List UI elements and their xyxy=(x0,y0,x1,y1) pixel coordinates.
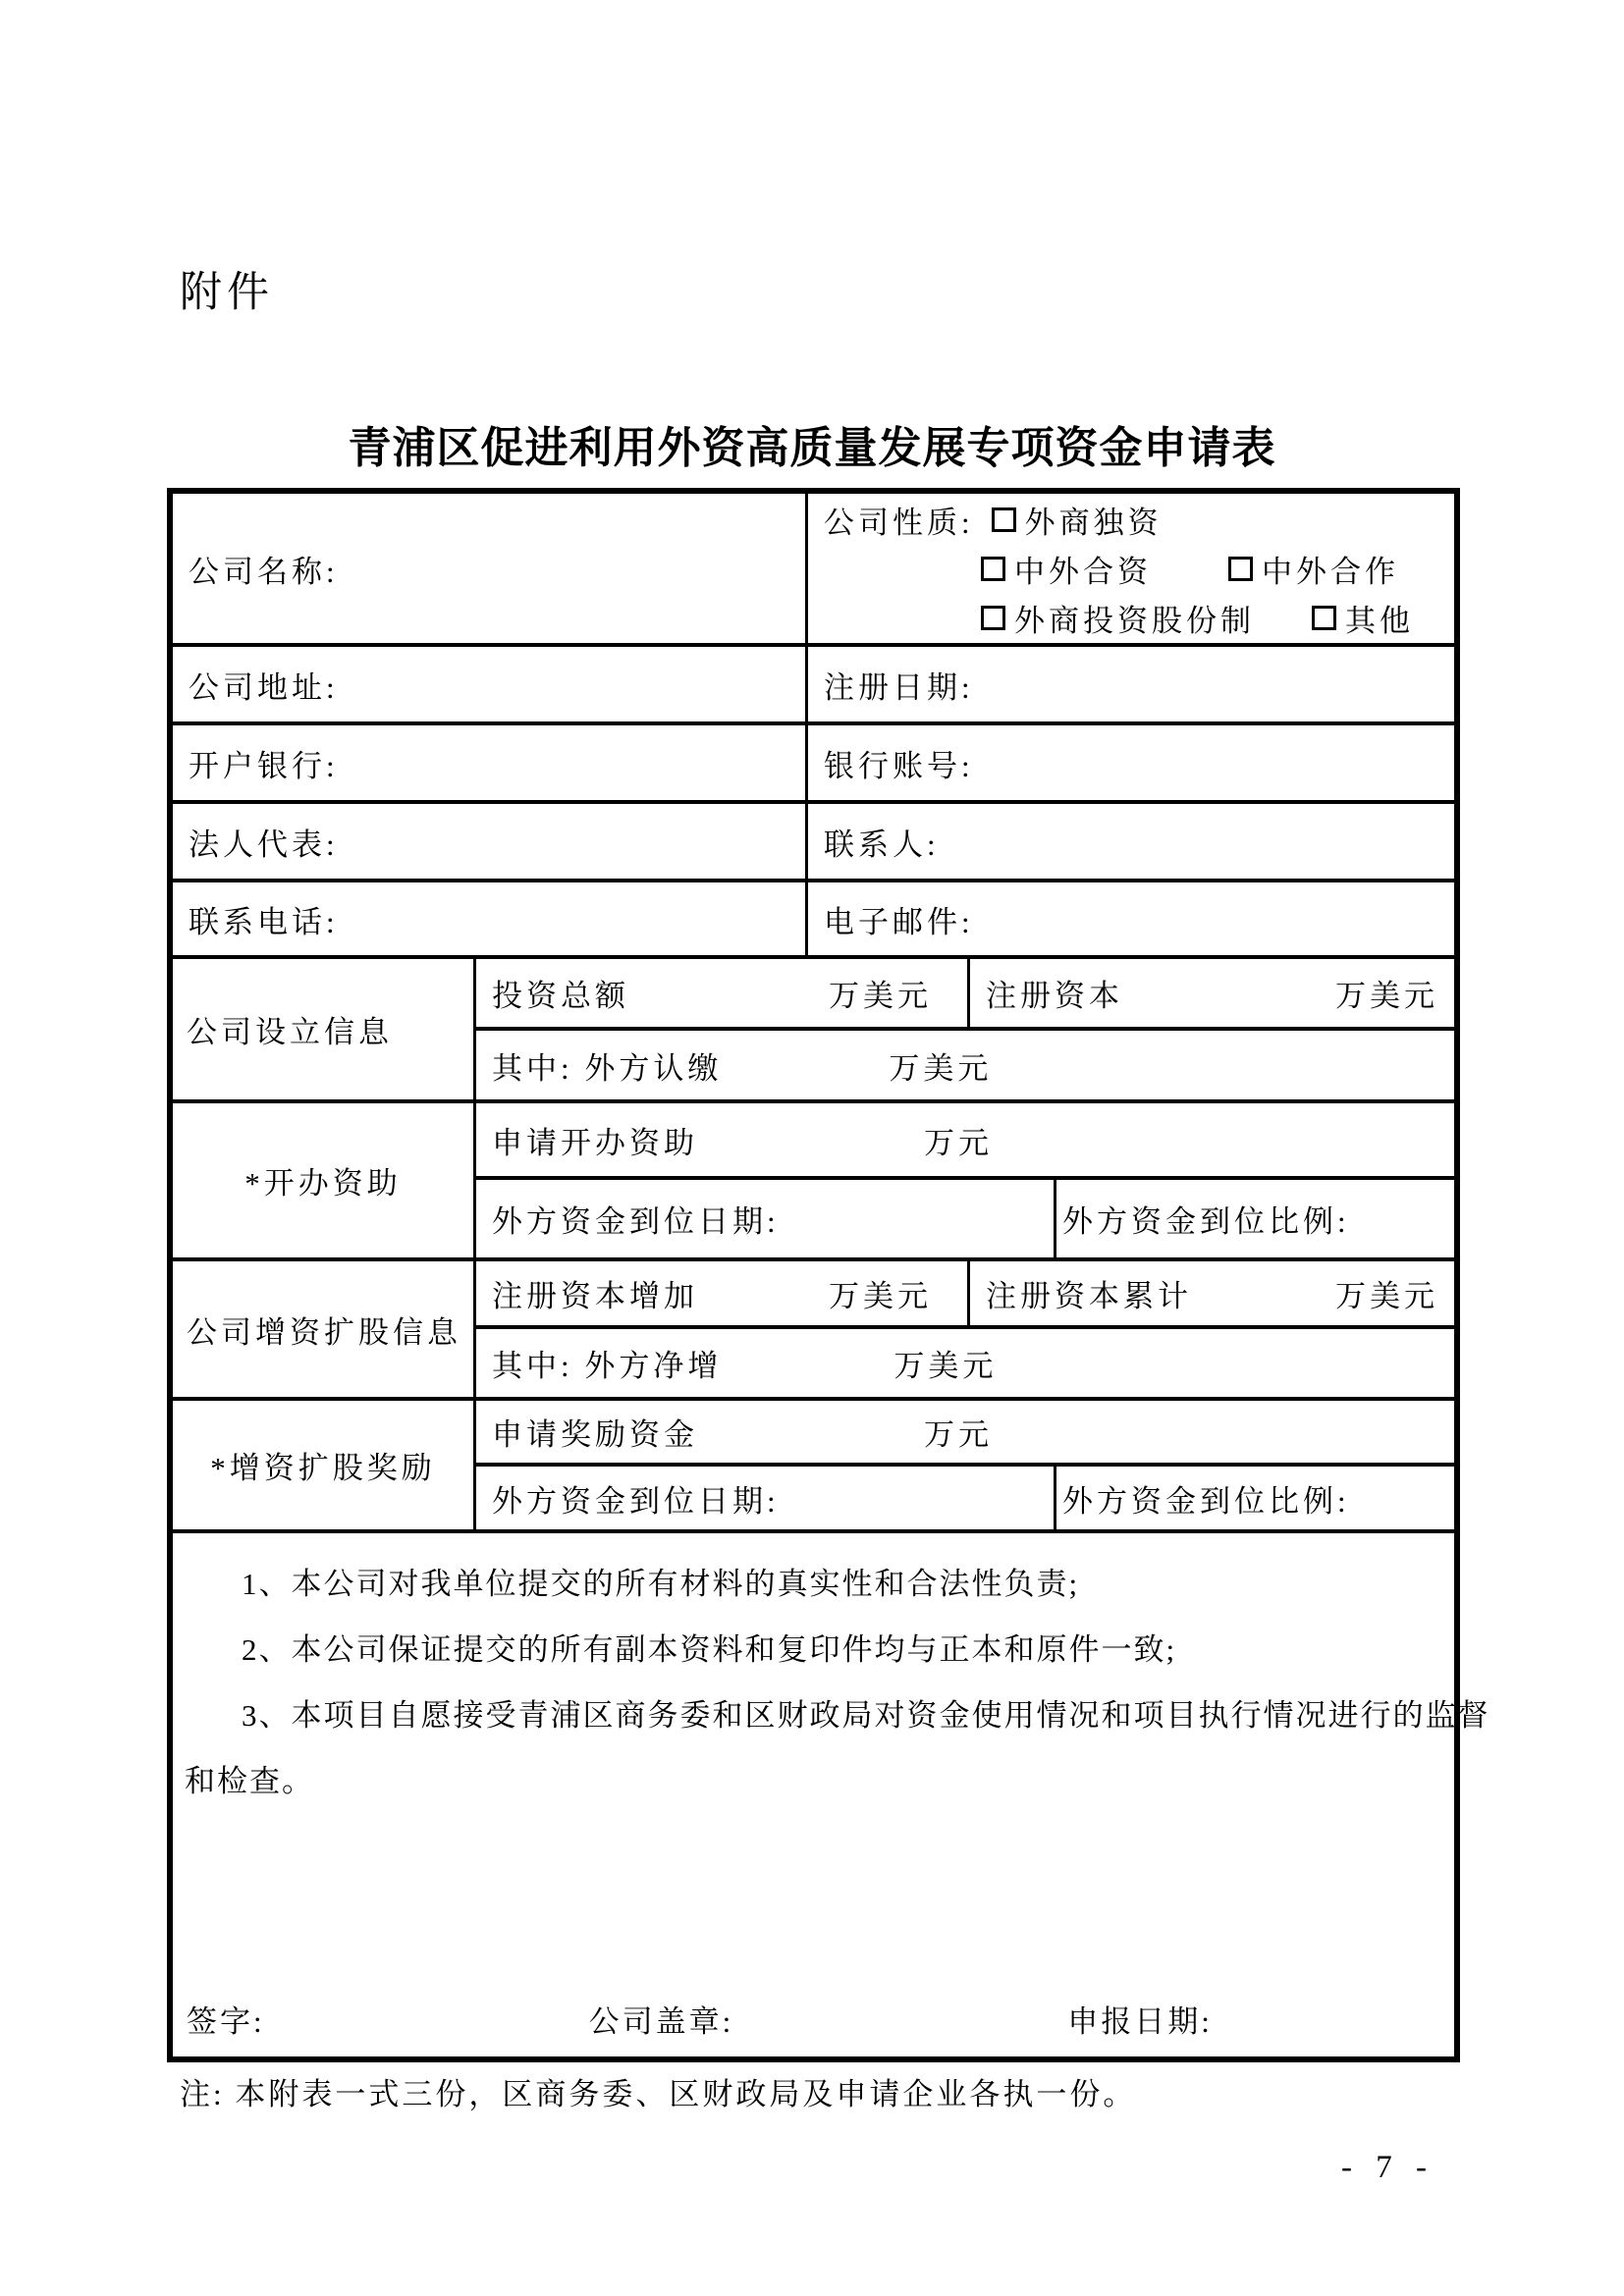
apply-startup-grant-cell: 申请开办资助 万元 xyxy=(476,1103,1454,1176)
capital-increase-label: 注册资本增加 xyxy=(492,1271,698,1315)
nature-option-cooperative: 中外合作 xyxy=(1228,547,1399,591)
nature-option-wfoe: 外商独资 xyxy=(992,498,1163,542)
email-cell: 电子邮件: xyxy=(808,882,1454,955)
row-bank-account: 开户银行: 银行账号: xyxy=(173,725,1454,804)
setup-section-body: 投资总额 万美元 注册资本 万美元 其中: 外方认缴 万美元 xyxy=(476,959,1454,1099)
unit-wan-usd: 万美元 xyxy=(889,1043,992,1088)
bank-account-label: 银行账号: xyxy=(824,741,974,785)
foreign-fund-ratio-cell-2: 外方资金到位比例: xyxy=(1056,1467,1454,1529)
foreign-fund-date-label: 外方资金到位日期: xyxy=(492,1197,780,1241)
row-address-regdate: 公司地址: 注册日期: xyxy=(173,647,1454,725)
startup-grant-section-cell: *开办资助 xyxy=(173,1103,476,1257)
foreign-fund-ratio-label: 外方资金到位比例: xyxy=(1062,1476,1350,1521)
apply-reward-subrow: 申请奖励资金 万元 xyxy=(476,1401,1454,1467)
contact-person-label: 联系人: xyxy=(824,820,940,864)
apply-startup-grant-label: 申请开办资助 xyxy=(492,1118,698,1162)
foreign-fund-date-label: 外方资金到位日期: xyxy=(492,1476,780,1521)
signature-label: 签字: xyxy=(187,1997,265,2041)
declaration-item: 1、本公司对我单位提交的所有材料的真实性和合法性负责; xyxy=(185,1551,1495,1617)
foreign-net-increase-cell: 其中: 外方净增 万美元 xyxy=(476,1329,1454,1397)
row-declarations-signature: 1、本公司对我单位提交的所有材料的真实性和合法性负责; 2、本公司保证提交的所有… xyxy=(173,1533,1454,2056)
row-phone-email: 联系电话: 电子邮件: xyxy=(173,882,1454,959)
unit-wan-usd: 万美元 xyxy=(829,1271,932,1315)
nature-option-label: 外商投资股份制 xyxy=(1014,596,1255,640)
startup-grant-section-label: *开办资助 xyxy=(244,1158,402,1202)
foreign-subscribed-cell: 其中: 外方认缴 万美元 xyxy=(476,1031,1454,1099)
capital-increase-body: 注册资本增加 万美元 注册资本累计 万美元 其中: 外方净增 万美元 xyxy=(476,1261,1454,1397)
company-name-cell: 公司名称: xyxy=(173,494,808,643)
nature-option-joint-venture: 中外合资 xyxy=(981,547,1152,591)
capital-total-label: 注册资本累计 xyxy=(986,1271,1192,1315)
foreign-net-increase-subrow: 其中: 外方净增 万美元 xyxy=(476,1329,1454,1397)
checkbox-icon xyxy=(981,557,1005,581)
reward-fund-arrival-subrow: 外方资金到位日期: 外方资金到位比例: xyxy=(476,1467,1454,1529)
deposit-bank-cell: 开户银行: xyxy=(173,725,808,800)
declaration-item: 2、本公司保证提交的所有副本资料和复印件均与正本和原件一致; xyxy=(185,1617,1495,1682)
application-form-table: 公司名称: 公司性质: 外商独资 中外合资 xyxy=(167,488,1460,2062)
registration-date-cell: 注册日期: xyxy=(808,647,1454,721)
foreign-subscribed-subrow: 其中: 外方认缴 万美元 xyxy=(476,1031,1454,1099)
apply-reward-label: 申请奖励资金 xyxy=(492,1410,698,1454)
application-date-label: 申报日期: xyxy=(1067,1997,1213,2041)
unit-wan-usd: 万美元 xyxy=(829,971,932,1015)
setup-amounts-subrow: 投资总额 万美元 注册资本 万美元 xyxy=(476,959,1454,1031)
legal-representative-cell: 法人代表: xyxy=(173,804,808,879)
row-legalrep-contact: 法人代表: 联系人: xyxy=(173,804,1454,882)
footnote: 注: 本附表一式三份，区商务委、区财政局及申请企业各执一份。 xyxy=(180,2069,1136,2113)
checkbox-icon xyxy=(1312,606,1336,630)
unit-wan-usd: 万美元 xyxy=(1335,1271,1438,1315)
legal-representative-label: 法人代表: xyxy=(189,820,339,864)
row-capital-increase: 公司增资扩股信息 注册资本增加 万美元 注册资本累计 万美元 其中: 外方净增 xyxy=(173,1261,1454,1401)
apply-reward-cell: 申请奖励资金 万元 xyxy=(476,1401,1454,1463)
total-investment-cell: 投资总额 万美元 xyxy=(476,959,970,1027)
foreign-net-increase-label: 其中: 外方净增 xyxy=(492,1341,722,1385)
company-nature-cell: 公司性质: 外商独资 中外合资 中外合作 xyxy=(808,494,1454,643)
row-startup-grant: *开办资助 申请开办资助 万元 外方资金到位日期: 外方资金到位比例: xyxy=(173,1103,1454,1261)
nature-line-3: 外商投资股份制 其他 xyxy=(981,593,1454,642)
foreign-fund-ratio-label: 外方资金到位比例: xyxy=(1062,1197,1350,1241)
checkbox-icon xyxy=(992,507,1016,532)
declarations-cell: 1、本公司对我单位提交的所有材料的真实性和合法性负责; 2、本公司保证提交的所有… xyxy=(173,1533,1454,2056)
startup-grant-body: 申请开办资助 万元 外方资金到位日期: 外方资金到位比例: xyxy=(476,1103,1454,1257)
nature-option-foreign-shareholding: 外商投资股份制 xyxy=(981,596,1255,640)
deposit-bank-label: 开户银行: xyxy=(189,741,339,785)
registered-capital-label: 注册资本 xyxy=(986,971,1123,1015)
foreign-subscribed-label: 其中: 外方认缴 xyxy=(492,1043,722,1088)
nature-line-2: 中外合资 中外合作 xyxy=(981,544,1454,593)
attachment-label: 附件 xyxy=(180,259,274,319)
document-page: 附件 青浦区促进利用外资高质量发展专项资金申请表 公司名称: 公司性质: 外商独… xyxy=(0,0,1624,2296)
unit-wan-rmb: 万元 xyxy=(924,1118,993,1162)
capital-increase-section-cell: 公司增资扩股信息 xyxy=(173,1261,476,1397)
unit-wan-usd: 万美元 xyxy=(1335,971,1438,1015)
setup-section-label: 公司设立信息 xyxy=(187,1007,393,1051)
increase-reward-section-label: *增资扩股奖励 xyxy=(210,1443,436,1487)
unit-wan-usd: 万美元 xyxy=(893,1341,997,1385)
row-company-name-nature: 公司名称: 公司性质: 外商独资 中外合资 xyxy=(173,494,1454,647)
unit-wan-rmb: 万元 xyxy=(924,1410,993,1454)
page-number: - 7 - xyxy=(1341,2150,1435,2186)
capital-increase-cell: 注册资本增加 万美元 xyxy=(476,1261,970,1325)
checkbox-icon xyxy=(981,606,1005,630)
form-title: 青浦区促进利用外资高质量发展专项资金申请表 xyxy=(0,412,1624,475)
row-company-setup: 公司设立信息 投资总额 万美元 注册资本 万美元 其中: 外方认缴 xyxy=(173,959,1454,1103)
foreign-fund-date-cell-2: 外方资金到位日期: xyxy=(476,1467,1056,1529)
setup-section-cell: 公司设立信息 xyxy=(173,959,476,1099)
registration-date-label: 注册日期: xyxy=(824,663,974,707)
apply-startup-grant-subrow: 申请开办资助 万元 xyxy=(476,1103,1454,1180)
nature-option-label: 中外合资 xyxy=(1014,547,1152,591)
row-increase-reward: *增资扩股奖励 申请奖励资金 万元 外方资金到位日期: 外方资金到位比例: xyxy=(173,1401,1454,1533)
email-label: 电子邮件: xyxy=(824,897,974,941)
increase-reward-section-cell: *增资扩股奖励 xyxy=(173,1401,476,1529)
capital-increase-amounts-subrow: 注册资本增加 万美元 注册资本累计 万美元 xyxy=(476,1261,1454,1329)
foreign-fund-date-cell: 外方资金到位日期: xyxy=(476,1180,1056,1257)
declaration-item: 3、本项目自愿接受青浦区商务委和区财政局对资金使用情况和项目执行情况进行的监督和… xyxy=(185,1682,1495,1814)
nature-option-label: 外商独资 xyxy=(1025,498,1163,542)
nature-option-label: 中外合作 xyxy=(1262,547,1399,591)
registered-capital-cell: 注册资本 万美元 xyxy=(970,959,1454,1027)
foreign-fund-ratio-cell: 外方资金到位比例: xyxy=(1056,1180,1454,1257)
contact-phone-label: 联系电话: xyxy=(189,897,339,941)
nature-option-label: 其他 xyxy=(1345,596,1414,640)
bank-account-cell: 银行账号: xyxy=(808,725,1454,800)
nature-line-1: 公司性质: 外商独资 xyxy=(824,495,1454,544)
total-investment-label: 投资总额 xyxy=(492,971,629,1015)
contact-person-cell: 联系人: xyxy=(808,804,1454,879)
increase-reward-body: 申请奖励资金 万元 外方资金到位日期: 外方资金到位比例: xyxy=(476,1401,1454,1529)
company-nature-label: 公司性质: xyxy=(824,498,974,542)
contact-phone-cell: 联系电话: xyxy=(173,882,808,955)
signature-line: 签字: 公司盖章: 申报日期: xyxy=(185,1997,1454,2041)
checkbox-icon xyxy=(1228,557,1253,581)
company-address-cell: 公司地址: xyxy=(173,647,808,721)
company-address-label: 公司地址: xyxy=(189,663,339,707)
company-seal-label: 公司盖章: xyxy=(589,1997,734,2041)
declarations-block: 1、本公司对我单位提交的所有材料的真实性和合法性负责; 2、本公司保证提交的所有… xyxy=(185,1551,1495,1814)
startup-fund-arrival-subrow: 外方资金到位日期: 外方资金到位比例: xyxy=(476,1180,1454,1257)
capital-increase-section-label: 公司增资扩股信息 xyxy=(187,1308,461,1352)
capital-total-cell: 注册资本累计 万美元 xyxy=(970,1261,1454,1325)
nature-option-other: 其他 xyxy=(1312,596,1414,640)
company-name-label: 公司名称: xyxy=(189,547,339,591)
